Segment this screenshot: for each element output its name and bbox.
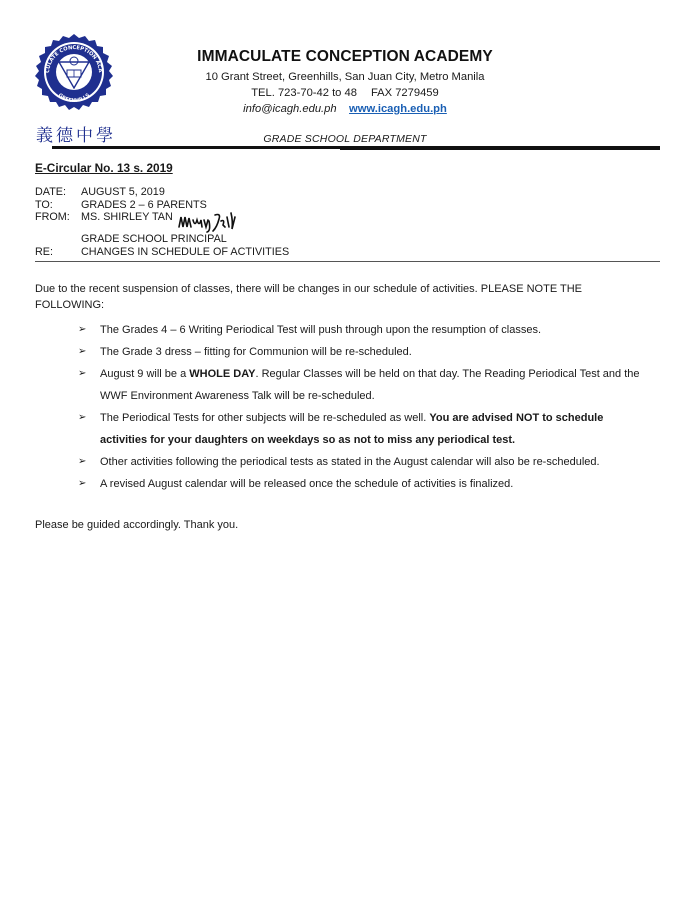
list-item: ➢ The Periodical Tests for other subject… bbox=[78, 407, 653, 451]
notice-list: ➢ The Grades 4 – 6 Writing Periodical Te… bbox=[78, 319, 653, 495]
list-item: ➢ The Grade 3 dress – fitting for Commun… bbox=[78, 341, 653, 363]
memo-value: AUGUST 5, 2019 bbox=[81, 186, 165, 199]
circular-number: E-Circular No. 13 s. 2019 bbox=[35, 161, 173, 175]
list-item: ➢ A revised August calendar will be rele… bbox=[78, 473, 653, 495]
department: GRADE SCHOOL DEPARTMENT bbox=[190, 133, 500, 145]
memo-divider bbox=[35, 261, 660, 262]
memo-label: RE: bbox=[35, 246, 81, 259]
list-item-text: August 9 will be a bbox=[100, 368, 189, 380]
closing-line: Please be guided accordingly. Thank you. bbox=[35, 519, 238, 531]
memo-label: FROM: bbox=[35, 211, 81, 233]
arrow-bullet-icon: ➢ bbox=[78, 341, 86, 363]
email: info@icagh.edu.ph bbox=[243, 103, 336, 115]
list-item: ➢ August 9 will be a WHOLE DAY. Regular … bbox=[78, 363, 653, 407]
arrow-bullet-icon: ➢ bbox=[78, 407, 86, 429]
memo-value: GRADES 2 – 6 PARENTS bbox=[81, 199, 207, 212]
signature-icon bbox=[177, 211, 239, 233]
header-divider-thick bbox=[340, 146, 660, 150]
contact-numbers: TEL. 723-70-42 to 48FAX 7279459 bbox=[190, 85, 500, 101]
arrow-bullet-icon: ➢ bbox=[78, 363, 86, 385]
memo-row-date: DATE: AUGUST 5, 2019 bbox=[35, 186, 289, 199]
arrow-bullet-icon: ➢ bbox=[78, 451, 86, 473]
school-address: 10 Grant Street, Greenhills, San Juan Ci… bbox=[190, 69, 500, 85]
fax: FAX 7279459 bbox=[371, 87, 439, 99]
memo-row-from: FROM: MS. SHIRLEY TAN bbox=[35, 211, 289, 233]
chinese-school-name: 義德中學 bbox=[36, 121, 116, 146]
memo-label: TO: bbox=[35, 199, 81, 212]
list-item-text: The Grade 3 dress – fitting for Communio… bbox=[100, 346, 412, 358]
list-item-emphasis: WHOLE DAY bbox=[189, 368, 255, 380]
list-item: ➢ Other activities following the periodi… bbox=[78, 451, 653, 473]
list-item: ➢ The Grades 4 – 6 Writing Periodical Te… bbox=[78, 319, 653, 341]
memo-row-re: RE: CHANGES IN SCHEDULE OF ACTIVITIES bbox=[35, 246, 289, 259]
email-web-line: info@icagh.edu.ph www.icagh.edu.ph bbox=[190, 101, 500, 117]
list-item-text: The Grades 4 – 6 Writing Periodical Test… bbox=[100, 324, 541, 336]
memo-row-to: TO: GRADES 2 – 6 PARENTS bbox=[35, 199, 289, 212]
school-name: IMMACULATE CONCEPTION ACADEMY bbox=[190, 48, 500, 66]
memo-header: DATE: AUGUST 5, 2019 TO: GRADES 2 – 6 PA… bbox=[35, 186, 289, 258]
school-seal-logo: IMMACULATE CONCEPTION ACADEMY GREENHILLS bbox=[34, 34, 114, 114]
list-item-text: Other activities following the periodica… bbox=[100, 456, 600, 468]
memo-value: MS. SHIRLEY TAN bbox=[81, 211, 173, 233]
letterhead: IMMACULATE CONCEPTION ACADEMY 10 Grant S… bbox=[190, 48, 500, 145]
intro-paragraph: Due to the recent suspension of classes,… bbox=[35, 281, 650, 313]
memo-value: GRADE SCHOOL PRINCIPAL bbox=[81, 233, 227, 246]
memo-value: CHANGES IN SCHEDULE OF ACTIVITIES bbox=[81, 246, 289, 259]
memo-label bbox=[35, 233, 81, 246]
arrow-bullet-icon: ➢ bbox=[78, 319, 86, 341]
memo-label: DATE: bbox=[35, 186, 81, 199]
telephone: TEL. 723-70-42 to 48 bbox=[251, 87, 357, 99]
list-item-text: A revised August calendar will be releas… bbox=[100, 478, 513, 490]
website-link[interactable]: www.icagh.edu.ph bbox=[349, 103, 447, 115]
list-item-text: The Periodical Tests for other subjects … bbox=[100, 412, 429, 424]
memo-row-position: GRADE SCHOOL PRINCIPAL bbox=[35, 233, 289, 246]
arrow-bullet-icon: ➢ bbox=[78, 473, 86, 495]
